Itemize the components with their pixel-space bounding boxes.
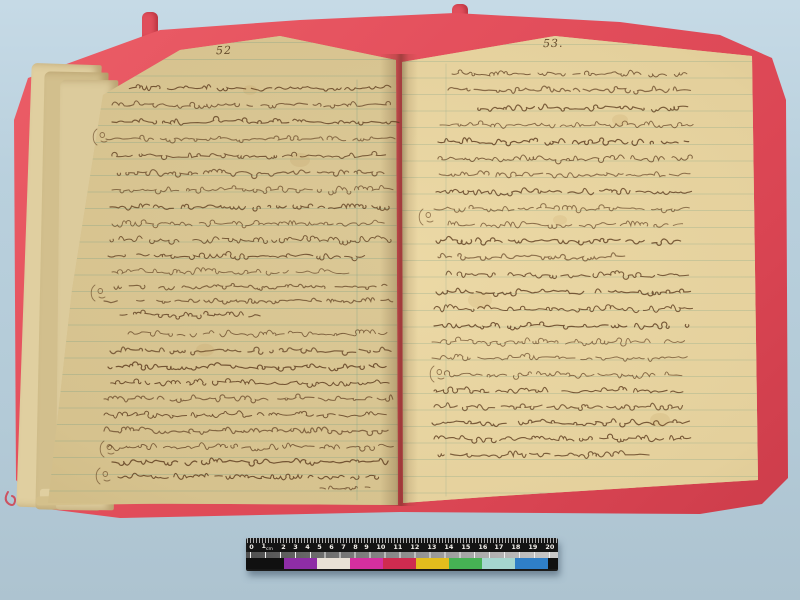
color-patch [350,558,383,569]
left-page-number: 52 [216,44,232,58]
ruler-number: 7 [341,544,345,550]
book-gutter-shadow [380,54,418,506]
ruler-number: 2 [281,544,285,550]
ruler-number: 4 [305,544,309,550]
measurement-ruler: 01cm234567891011121314151617181920 [246,538,558,571]
ruler-number: 20 [545,544,554,550]
ruler-number: 6 [329,544,333,550]
color-patch [416,558,449,569]
ruler-number: 1cm [261,543,273,552]
ruler-number: 9 [365,544,369,550]
ruler-number: 5 [317,544,321,550]
ruler-number: 18 [512,544,521,550]
ruler-black-lead [246,558,284,569]
ruler-number: 8 [353,544,357,550]
ruler-unit-label: cm [266,546,273,552]
ruler-number: 11 [394,544,403,550]
ruler-number: 19 [529,544,538,550]
ruler-black-tail [548,558,558,569]
ruler-number: 3 [293,544,297,550]
color-patch [515,558,548,569]
ruler-number: 13 [427,544,436,550]
ruler-number: 14 [444,544,453,550]
color-patch [284,558,317,569]
binding-thread [6,492,15,505]
ruler-number: 0 [249,544,253,550]
ruler-number: 12 [411,544,420,550]
ruler-color-calibration-patches [246,558,558,569]
color-patch [383,558,416,569]
ruler-number: 10 [377,544,386,550]
color-patch [482,558,515,569]
color-patch [317,558,350,569]
ruler-scale-numbers: 01cm234567891011121314151617181920 [246,543,558,552]
manuscript-photo: 52 53. 01cm23456789101112131415161718192… [0,0,800,600]
right-page-number: 53. [543,37,564,50]
ruler-number: 16 [478,544,487,550]
ruler-number: 15 [461,544,470,550]
color-patch [449,558,482,569]
ruler-number: 17 [495,544,504,550]
